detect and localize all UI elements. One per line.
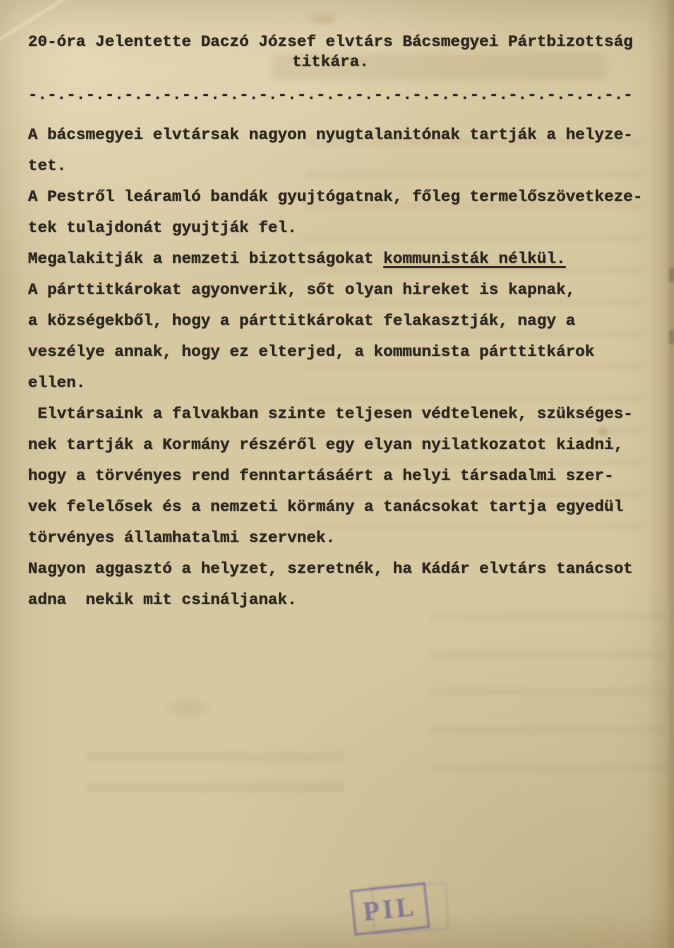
paragraph-5: Elvtársaink a falvakban szinte teljesen … — [28, 399, 648, 554]
page-edge-shadow — [666, 0, 674, 948]
paragraph-3-text: Megalakitják a nemzeti bizottságokat — [28, 250, 383, 268]
document-body: A bácsmegyei elvtársak nagyon nyugtalani… — [28, 120, 648, 616]
bleedthrough-lower-right — [430, 612, 666, 780]
paragraph-4: A párttitkárokat agyonverik, sőt olyan h… — [28, 275, 648, 399]
paragraph-3: Megalakitják a nemzeti bizottságokat kom… — [28, 244, 648, 275]
paragraph-6: Nagyon aggasztó a helyzet, szeretnék, ha… — [28, 554, 648, 616]
header-line-1: 20-óra Jelentette Daczó József elvtárs B… — [28, 32, 648, 52]
paragraph-3-underlined-text: kommunisták nélkül. — [383, 250, 565, 268]
bleedthrough-bottom-signature — [86, 752, 344, 802]
document-content: 20-óra Jelentette Daczó József elvtárs B… — [28, 32, 648, 616]
paragraph-1: A bácsmegyei elvtársak nagyon nyugtalani… — [28, 120, 648, 182]
dashed-separator-rule: -.-.-.-.-.-.-.-.-.-.-.-.-.-.-.-.-.-.-.-.… — [28, 87, 648, 103]
document-header: 20-óra Jelentette Daczó József elvtárs B… — [28, 32, 648, 72]
paper-stain — [168, 700, 208, 716]
paragraph-2: A Pestről leáramló bandák gyujtógatnak, … — [28, 182, 648, 244]
page-edge-notch — [669, 268, 674, 282]
page-edge-notch — [669, 330, 674, 344]
scanned-document-page: 20-óra Jelentette Daczó József elvtárs B… — [0, 0, 674, 948]
archive-stamp-label: PIL — [362, 891, 419, 927]
archive-stamp: PIL — [350, 882, 430, 936]
paper-stain — [310, 14, 336, 24]
header-line-2: titkára. — [28, 52, 633, 72]
